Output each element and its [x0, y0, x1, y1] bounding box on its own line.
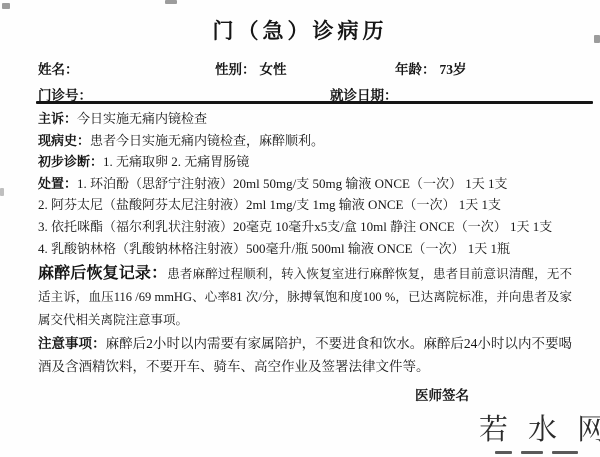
diagnosis-line: 初步诊断：1. 无痛取卵 2. 无痛胃肠镜 [38, 151, 572, 173]
treatment-item: 3. 依托咪酯（福尔利乳状注射液）20毫克 10毫升x5支/盒 10ml 静注 … [38, 219, 552, 234]
recovery-record-paragraph: 麻醉后恢复记录：患者麻醉过程顺利，转入恢复室进行麻醉恢复，患者目前意识清醒，无不… [38, 262, 572, 332]
scan-artifact [165, 0, 177, 4]
recovery-record-label: 麻醉后恢复记录： [38, 265, 167, 282]
present-illness-label: 现病史： [38, 133, 90, 148]
scan-artifact [594, 35, 600, 43]
precautions-label: 注意事项： [38, 336, 106, 351]
name-field: 姓名： [38, 58, 83, 78]
scan-artifact [0, 188, 4, 196]
treatment-line-1: 处置：1. 环泊酚（思舒宁注射液）20ml 50mg/支 50mg 输液 ONC… [38, 173, 572, 195]
precautions-paragraph: 注意事项：麻醉后2小时以内需要有家属陪护，不要进食和饮水。麻醉后24小时以内不要… [38, 332, 572, 378]
treatment-item: 1. 环泊酚（思舒宁注射液）20ml 50mg/支 50mg 输液 ONCE（一… [77, 176, 507, 191]
chief-complaint-text: 今日实施无痛内镜检查 [77, 111, 207, 126]
treatment-line-3: 3. 依托咪酯（福尔利乳状注射液）20毫克 10毫升x5支/盒 10ml 静注 … [38, 216, 572, 238]
diagnosis-label: 初步诊断： [38, 154, 103, 169]
watermark: 若 水 网 [479, 407, 597, 454]
chief-complaint-line: 主诉：今日实施无痛内镜检查 [38, 108, 572, 130]
watermark-tagline-word [495, 451, 512, 454]
treatment-line-4: 4. 乳酸钠林格（乳酸钠林格注射液）500毫升/瓶 500ml 输液 ONCE（… [38, 238, 572, 260]
age-value: 73岁 [440, 62, 467, 77]
gender-value: 女性 [260, 62, 287, 77]
age-label: 年龄： [395, 62, 436, 77]
present-illness-line: 现病史：患者今日实施无痛内镜检查，麻醉顺利。 [38, 130, 572, 152]
outpatient-medical-record-page: 门（急）诊病历 姓名： 性别：女性 年龄：73岁 门诊号： 就诊日期： 主诉：今… [0, 0, 600, 457]
gender-field: 性别：女性 [215, 58, 287, 78]
name-label: 姓名： [38, 62, 79, 77]
treatment-item: 4. 乳酸钠林格（乳酸钠林格注射液）500毫升/瓶 500ml 输液 ONCE（… [38, 241, 510, 256]
chief-complaint-label: 主诉： [38, 111, 77, 126]
age-field: 年龄：73岁 [395, 58, 467, 78]
treatment-item: 2. 阿芬太尼（盐酸阿芬太尼注射液）2ml 1mg/支 1mg 输液 ONCE（… [38, 197, 501, 212]
scan-artifact [2, 3, 10, 9]
watermark-tagline-word [552, 451, 578, 454]
watermark-tagline [479, 451, 597, 454]
page-title: 门（急）诊病历 [0, 15, 600, 45]
treatment-line-2: 2. 阿芬太尼（盐酸阿芬太尼注射液）2ml 1mg/支 1mg 输液 ONCE（… [38, 194, 572, 216]
physician-signature-label: 医师签名 [38, 384, 572, 404]
treatment-label: 处置： [38, 176, 77, 191]
watermark-tagline-word [521, 451, 543, 454]
record-body: 主诉：今日实施无痛内镜检查 现病史：患者今日实施无痛内镜检查，麻醉顺利。 初步诊… [38, 108, 572, 404]
watermark-text: 若 水 网 [479, 407, 597, 448]
diagnosis-text: 1. 无痛取卵 2. 无痛胃肠镜 [103, 154, 249, 169]
header-divider [36, 101, 593, 104]
gender-label: 性别： [215, 62, 256, 77]
patient-info-row-1: 姓名： 性别：女性 年龄：73岁 [38, 58, 592, 78]
precautions-text: 麻醉后2小时以内需要有家属陪护，不要进食和饮水。麻醉后24小时以内不要喝酒及含酒… [38, 336, 572, 374]
present-illness-text: 患者今日实施无痛内镜检查，麻醉顺利。 [90, 133, 324, 148]
